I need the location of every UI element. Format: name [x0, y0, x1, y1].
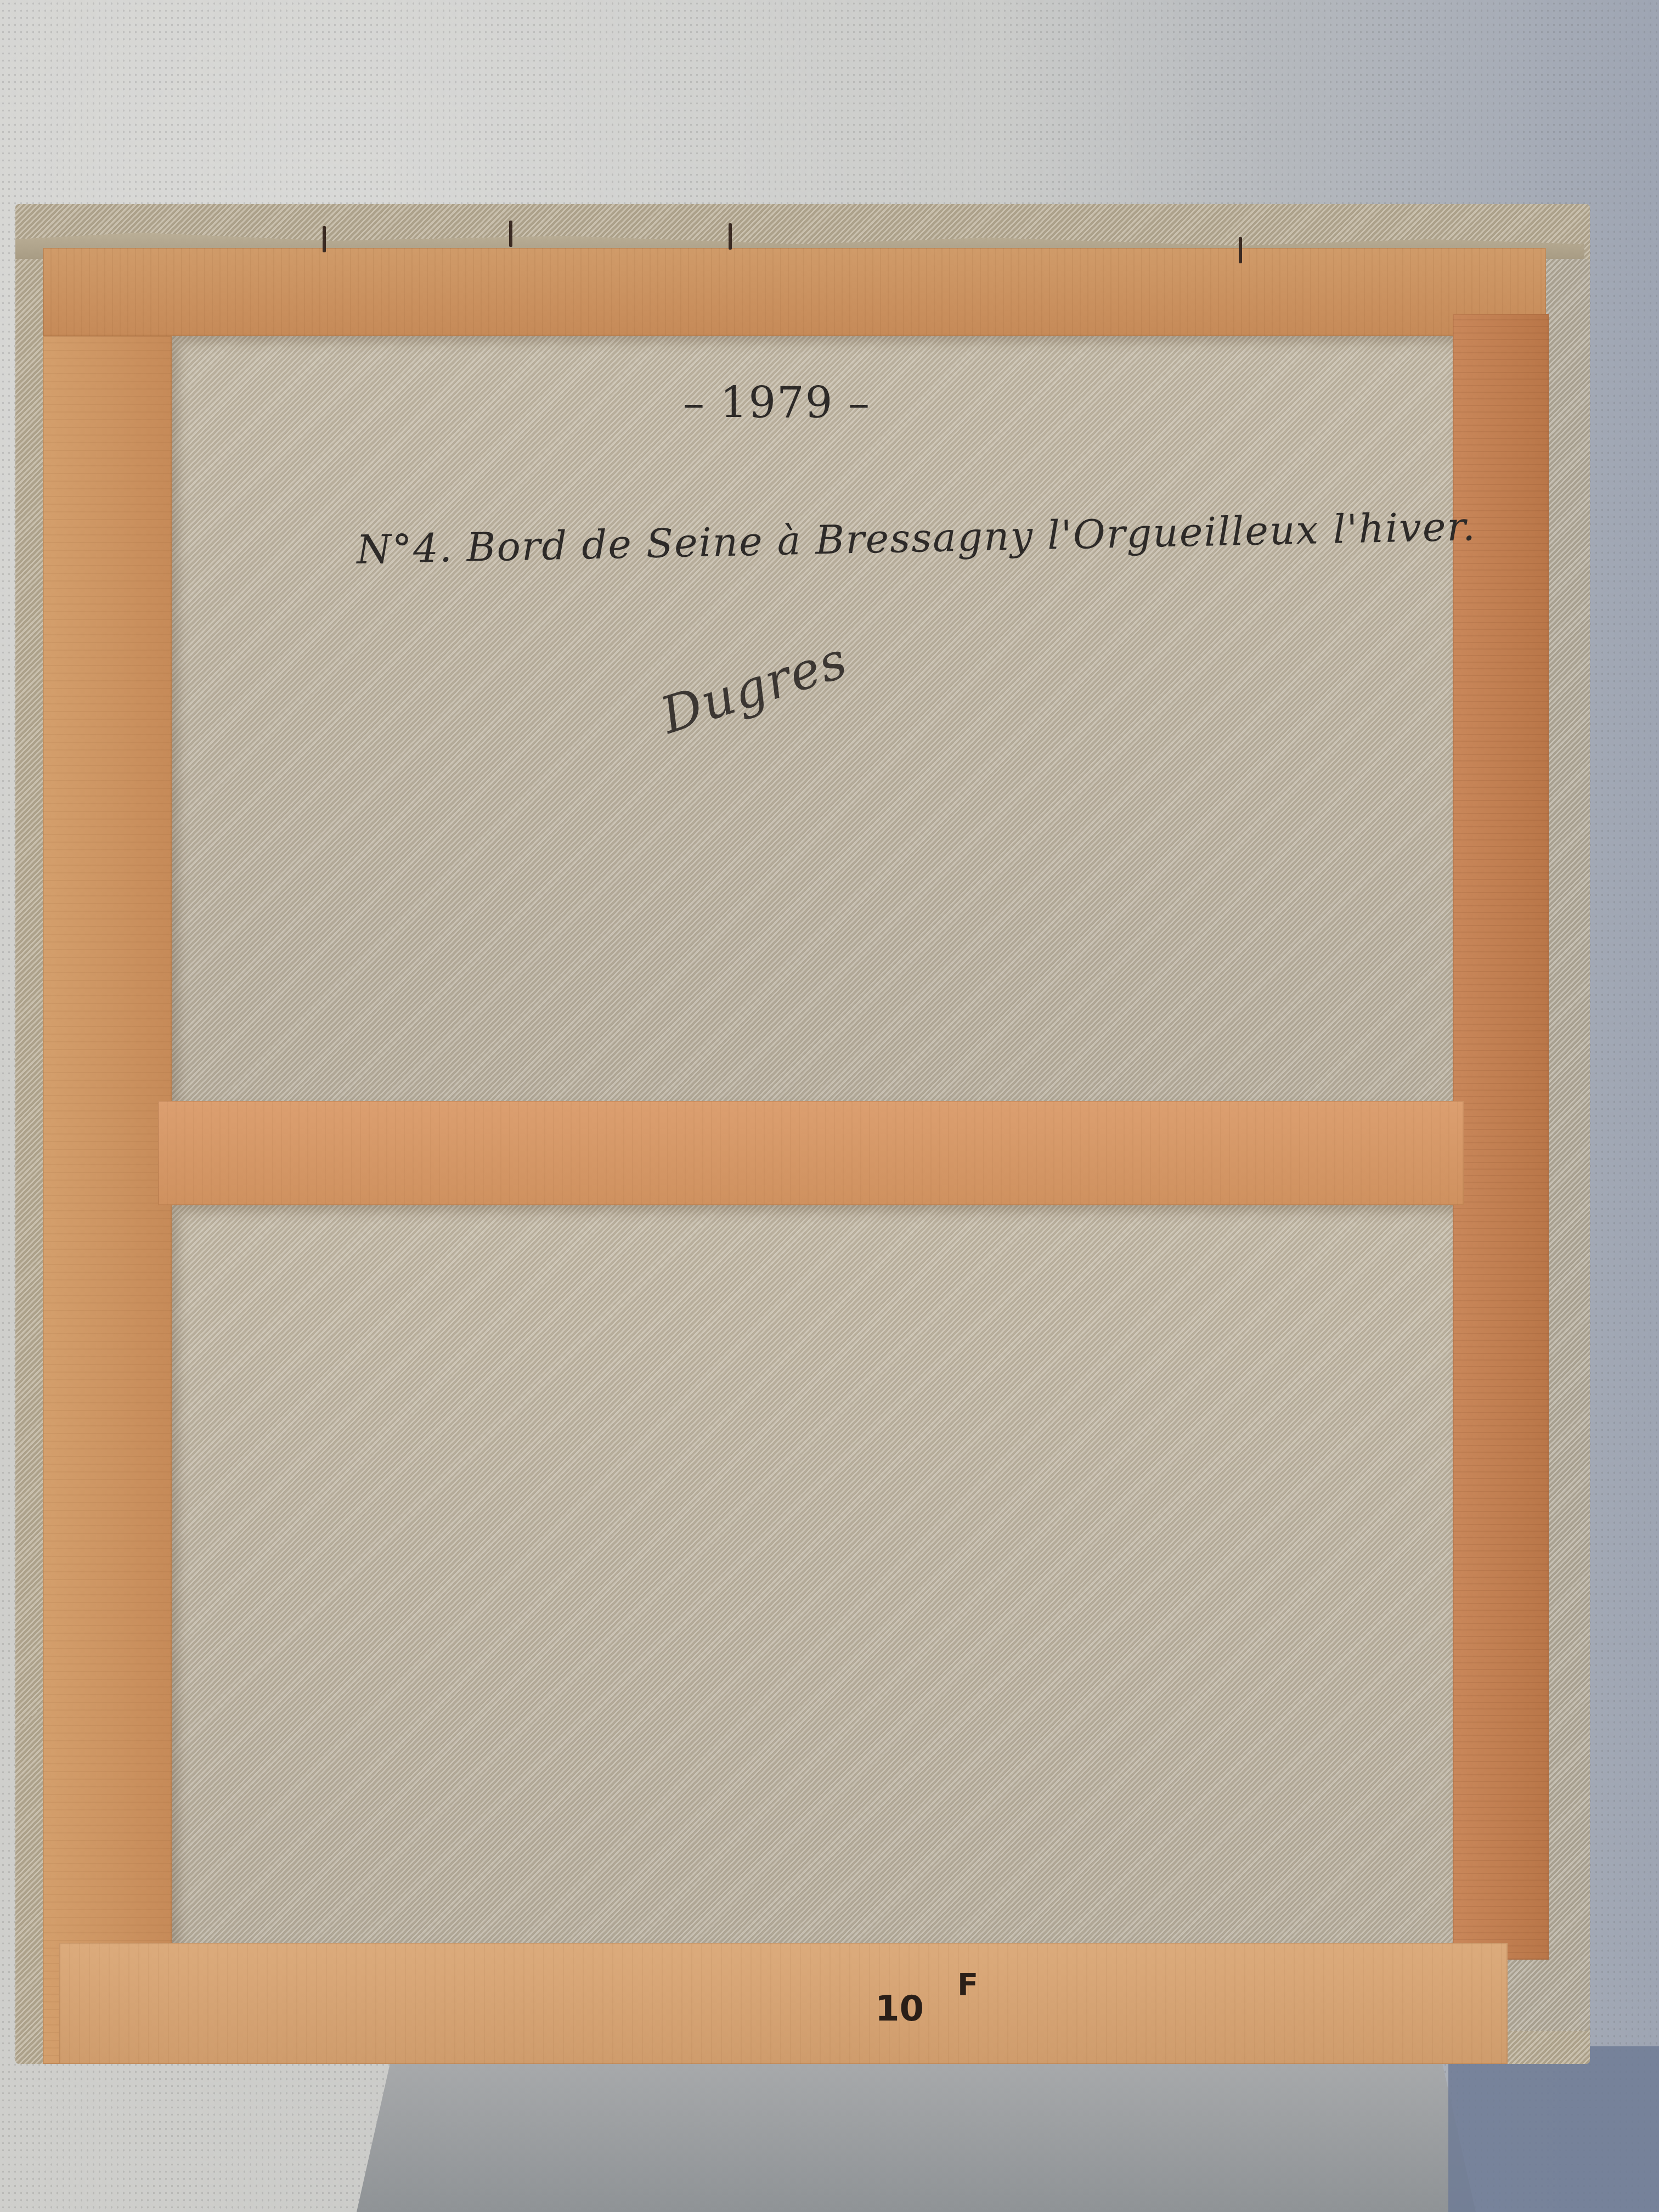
inscription-year: – 1979 – [683, 379, 871, 428]
stone-ledge [357, 2063, 1476, 2212]
canvas-lower-panel [172, 1205, 1453, 1943]
tack-icon [1239, 237, 1242, 263]
stretcher-bar-bottom [59, 1943, 1508, 2064]
stretcher-size-stamp: 10 [875, 1989, 924, 2029]
painting-reverse [15, 204, 1590, 2064]
tack-icon [323, 226, 326, 252]
shadowed-wall-area [1448, 2046, 1659, 2212]
stretcher-format-stamp: F [957, 1967, 978, 2002]
tack-icon [509, 221, 512, 247]
tack-icon [729, 223, 732, 250]
stretcher-bar-left [43, 336, 172, 2064]
stretcher-crossbar [158, 1101, 1464, 1205]
stretcher-bar-top [43, 248, 1546, 336]
stretcher-bar-right [1453, 314, 1549, 1960]
canvas-upper-panel [172, 336, 1453, 1101]
